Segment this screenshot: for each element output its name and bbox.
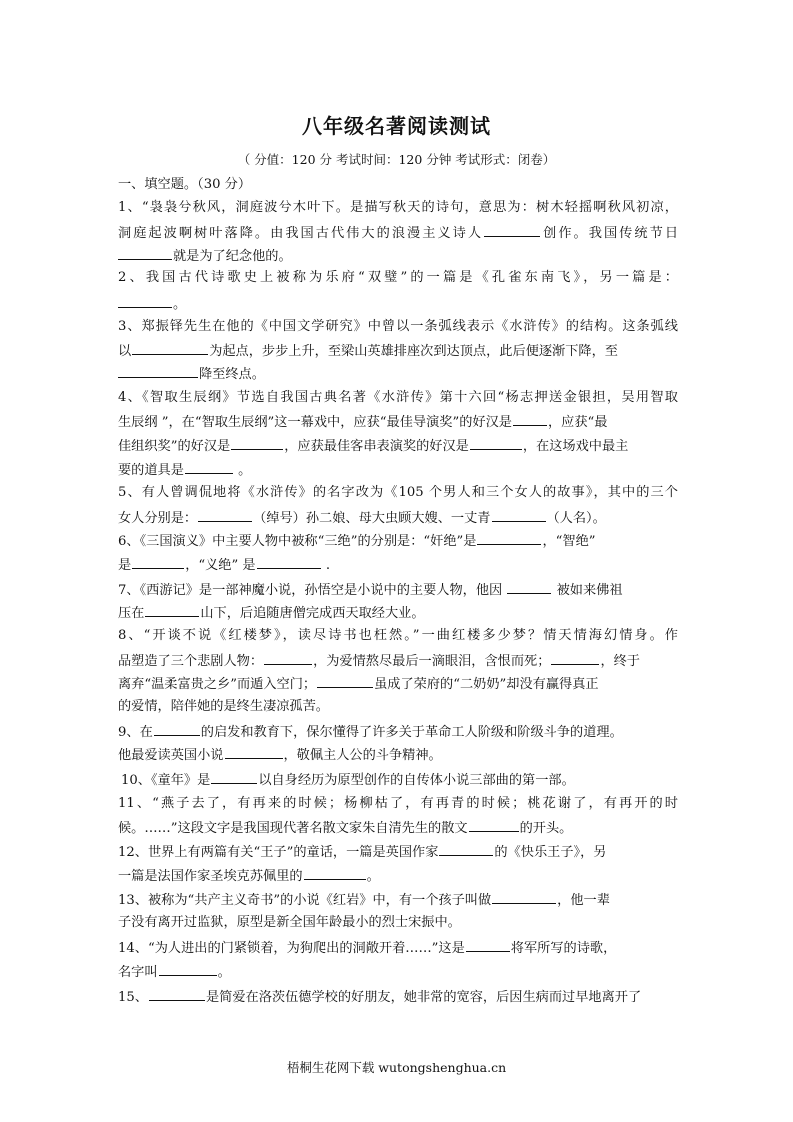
answer-blank[interactable] xyxy=(264,652,312,665)
question-1-line-1: 1、“袅袅兮秋风，洞庭波兮木叶下。是描写秋天的诗句，意思为：树木轻摇啊秋风初凉， xyxy=(118,200,678,216)
answer-blank[interactable] xyxy=(551,652,599,665)
answer-blank[interactable] xyxy=(118,247,172,260)
question-11-line-1: 11、“燕子去了，有再来的时候；杨柳枯了，有再青的时候；桃花谢了，有再开的时 xyxy=(118,796,678,812)
question-6-line-1: 6、《三国演义》中主要人物中被称“三绝”的分别是：“奸绝”是，“智绝” xyxy=(118,532,678,550)
document-page: 八年级名著阅读测试 （ 分值：120 分 考试时间：120 分钟 考试形式：闭卷… xyxy=(0,0,793,1122)
question-1-line-3: 就是为了纪念他的。 xyxy=(118,247,678,265)
answer-blank[interactable] xyxy=(132,556,184,569)
question-2-line-1: 2、我国古代诗歌史上被称为乐府“双璧”的一篇是《孔雀东南飞》，另一篇是： xyxy=(118,270,678,286)
exam-info: （ 分值：120 分 考试时间：120 分钟 考试形式：闭卷） xyxy=(0,150,793,168)
answer-blank[interactable] xyxy=(513,413,547,426)
question-8-line-1: 8、“开谈不说《红楼梦》，读尽诗书也枉然。”一曲红楼多少梦？情天情海幻情身。作 xyxy=(118,628,678,644)
question-7-line-2: 压在山下，后追随唐僧完成西天取经大业。 xyxy=(118,604,678,622)
question-5-line-1: 5、有人曾调侃地将《水浒传》的名字改为《105 个男人和三个女人的故事》，其中的… xyxy=(118,485,678,501)
question-8-line-4: 的爱情，陪伴她的是终生凄凉孤苦。 xyxy=(118,699,678,715)
question-4-line-1: 4、《智取生辰纲》节选自我国古典名著《水浒传》第十六回“杨志押送金银担，吴用智取 xyxy=(118,390,678,406)
question-4-line-3: 佳组织奖”的好汉是，应获最佳客串表演奖的好汉是，在这场戏中最主 xyxy=(118,437,678,455)
answer-blank[interactable] xyxy=(132,342,208,355)
question-3-line-1: 3、郑振铎先生在他的《中国文学研究》中曾以一条弧线表示《水浒传》的结构。这条弧线 xyxy=(118,319,678,335)
question-4-line-2: 生辰纲 ”，在“智取生辰纲”这一幕戏中，应获“最佳导演奖”的好汉是，应获“最 xyxy=(118,413,678,431)
question-4-line-4: 要的道具是 。 xyxy=(118,461,678,479)
question-8-line-3: 离弃“温柔富贵之乡”而遁入空门；虽成了荣府的“二奶奶”却没有赢得真正 xyxy=(118,675,678,693)
answer-blank[interactable] xyxy=(257,556,321,569)
question-14-line-2: 名字叫。 xyxy=(118,963,678,981)
answer-blank[interactable] xyxy=(159,963,217,976)
answer-blank[interactable] xyxy=(492,509,546,522)
answer-blank[interactable] xyxy=(145,604,199,617)
answer-blank[interactable] xyxy=(231,437,283,450)
answer-blank[interactable] xyxy=(304,867,366,880)
page-footer: 梧桐生花网下载 wutongshenghua.cn xyxy=(0,1058,793,1076)
question-1-line-2: 洞庭起波啊树叶落降。由我国古代伟大的浪漫主义诗人创作。我国传统节日 xyxy=(118,224,678,242)
question-8-line-2: 品塑造了三个悲剧人物：，为爱情熬尽最后一滴眼泪，含恨而死；，终于 xyxy=(118,652,678,670)
question-12-line-2: 一篇是法国作家圣埃克苏佩里的。 xyxy=(118,867,678,885)
answer-blank[interactable] xyxy=(466,939,510,952)
question-3-line-2: 以为起点，步步上升，至梁山英雄排座次到达顶点，此后便逐渐下降，至 xyxy=(118,342,678,360)
question-10: 10、《童年》是以自身经历为原型创作的自传体小说三部曲的第一部。 xyxy=(121,771,681,789)
question-2-line-2: 。 xyxy=(118,295,678,313)
answer-blank[interactable] xyxy=(154,723,200,736)
question-14-line-1: 14、“为人进出的门紧锁着，为狗爬出的洞敞开着……”这是将军所写的诗歌， xyxy=(118,939,678,957)
question-11-line-2: 候。……”这段文字是我国现代著名散文家朱自清先生的散文的开头。 xyxy=(118,819,678,837)
question-9-line-2: 他最爱读英国小说，敬佩主人公的斗争精神。 xyxy=(118,746,678,764)
question-7-line-1: 7、《西游记》是一部神魔小说，孙悟空是小说中的主要人物，他因 被如来佛祖 xyxy=(118,581,678,599)
answer-blank[interactable] xyxy=(118,365,198,378)
answer-blank[interactable] xyxy=(477,532,541,545)
answer-blank[interactable] xyxy=(492,891,556,904)
document-title: 八年级名著阅读测试 xyxy=(0,110,793,139)
answer-blank[interactable] xyxy=(225,746,283,759)
answer-blank[interactable] xyxy=(484,224,540,237)
question-6-line-2: 是，“义绝” 是 . xyxy=(118,556,678,574)
question-9-line-1: 9、在的启发和教育下，保尔懂得了许多关于革命工人阶级和阶级斗争的道理。 xyxy=(118,723,678,741)
answer-blank[interactable] xyxy=(439,843,493,856)
question-5-line-2: 女人分别是：（绰号）孙二娘、母大虫顾大嫂、一丈青（人名）。 xyxy=(118,509,678,527)
answer-blank[interactable] xyxy=(211,771,257,784)
section-heading: 一、填空题。（30 分） xyxy=(118,177,678,193)
question-13-line-2: 子没有离开过监狱，原型是新全国年龄最小的烈士宋振中。 xyxy=(118,915,678,931)
answer-blank[interactable] xyxy=(149,988,205,1001)
question-13-line-1: 13、被称为“共产主义奇书”的小说《红岩》中，有一个孩子叫做，他一辈 xyxy=(118,891,678,909)
answer-blank[interactable] xyxy=(185,461,233,474)
answer-blank[interactable] xyxy=(317,675,373,688)
answer-blank[interactable] xyxy=(507,581,551,594)
answer-blank[interactable] xyxy=(198,509,252,522)
question-3-line-3: 降至终点。 xyxy=(118,365,678,383)
question-15-line-1: 15、是简爱在洛茨伍德学校的好朋友，她非常的宽容，后因生病而过早地离开了 xyxy=(118,988,678,1006)
question-12-line-1: 12、世界上有两篇有关“王子”的童话，一篇是英国作家的《快乐王子》，另 xyxy=(118,843,678,861)
answer-blank[interactable] xyxy=(118,295,172,308)
answer-blank[interactable] xyxy=(470,437,522,450)
answer-blank[interactable] xyxy=(469,819,519,832)
